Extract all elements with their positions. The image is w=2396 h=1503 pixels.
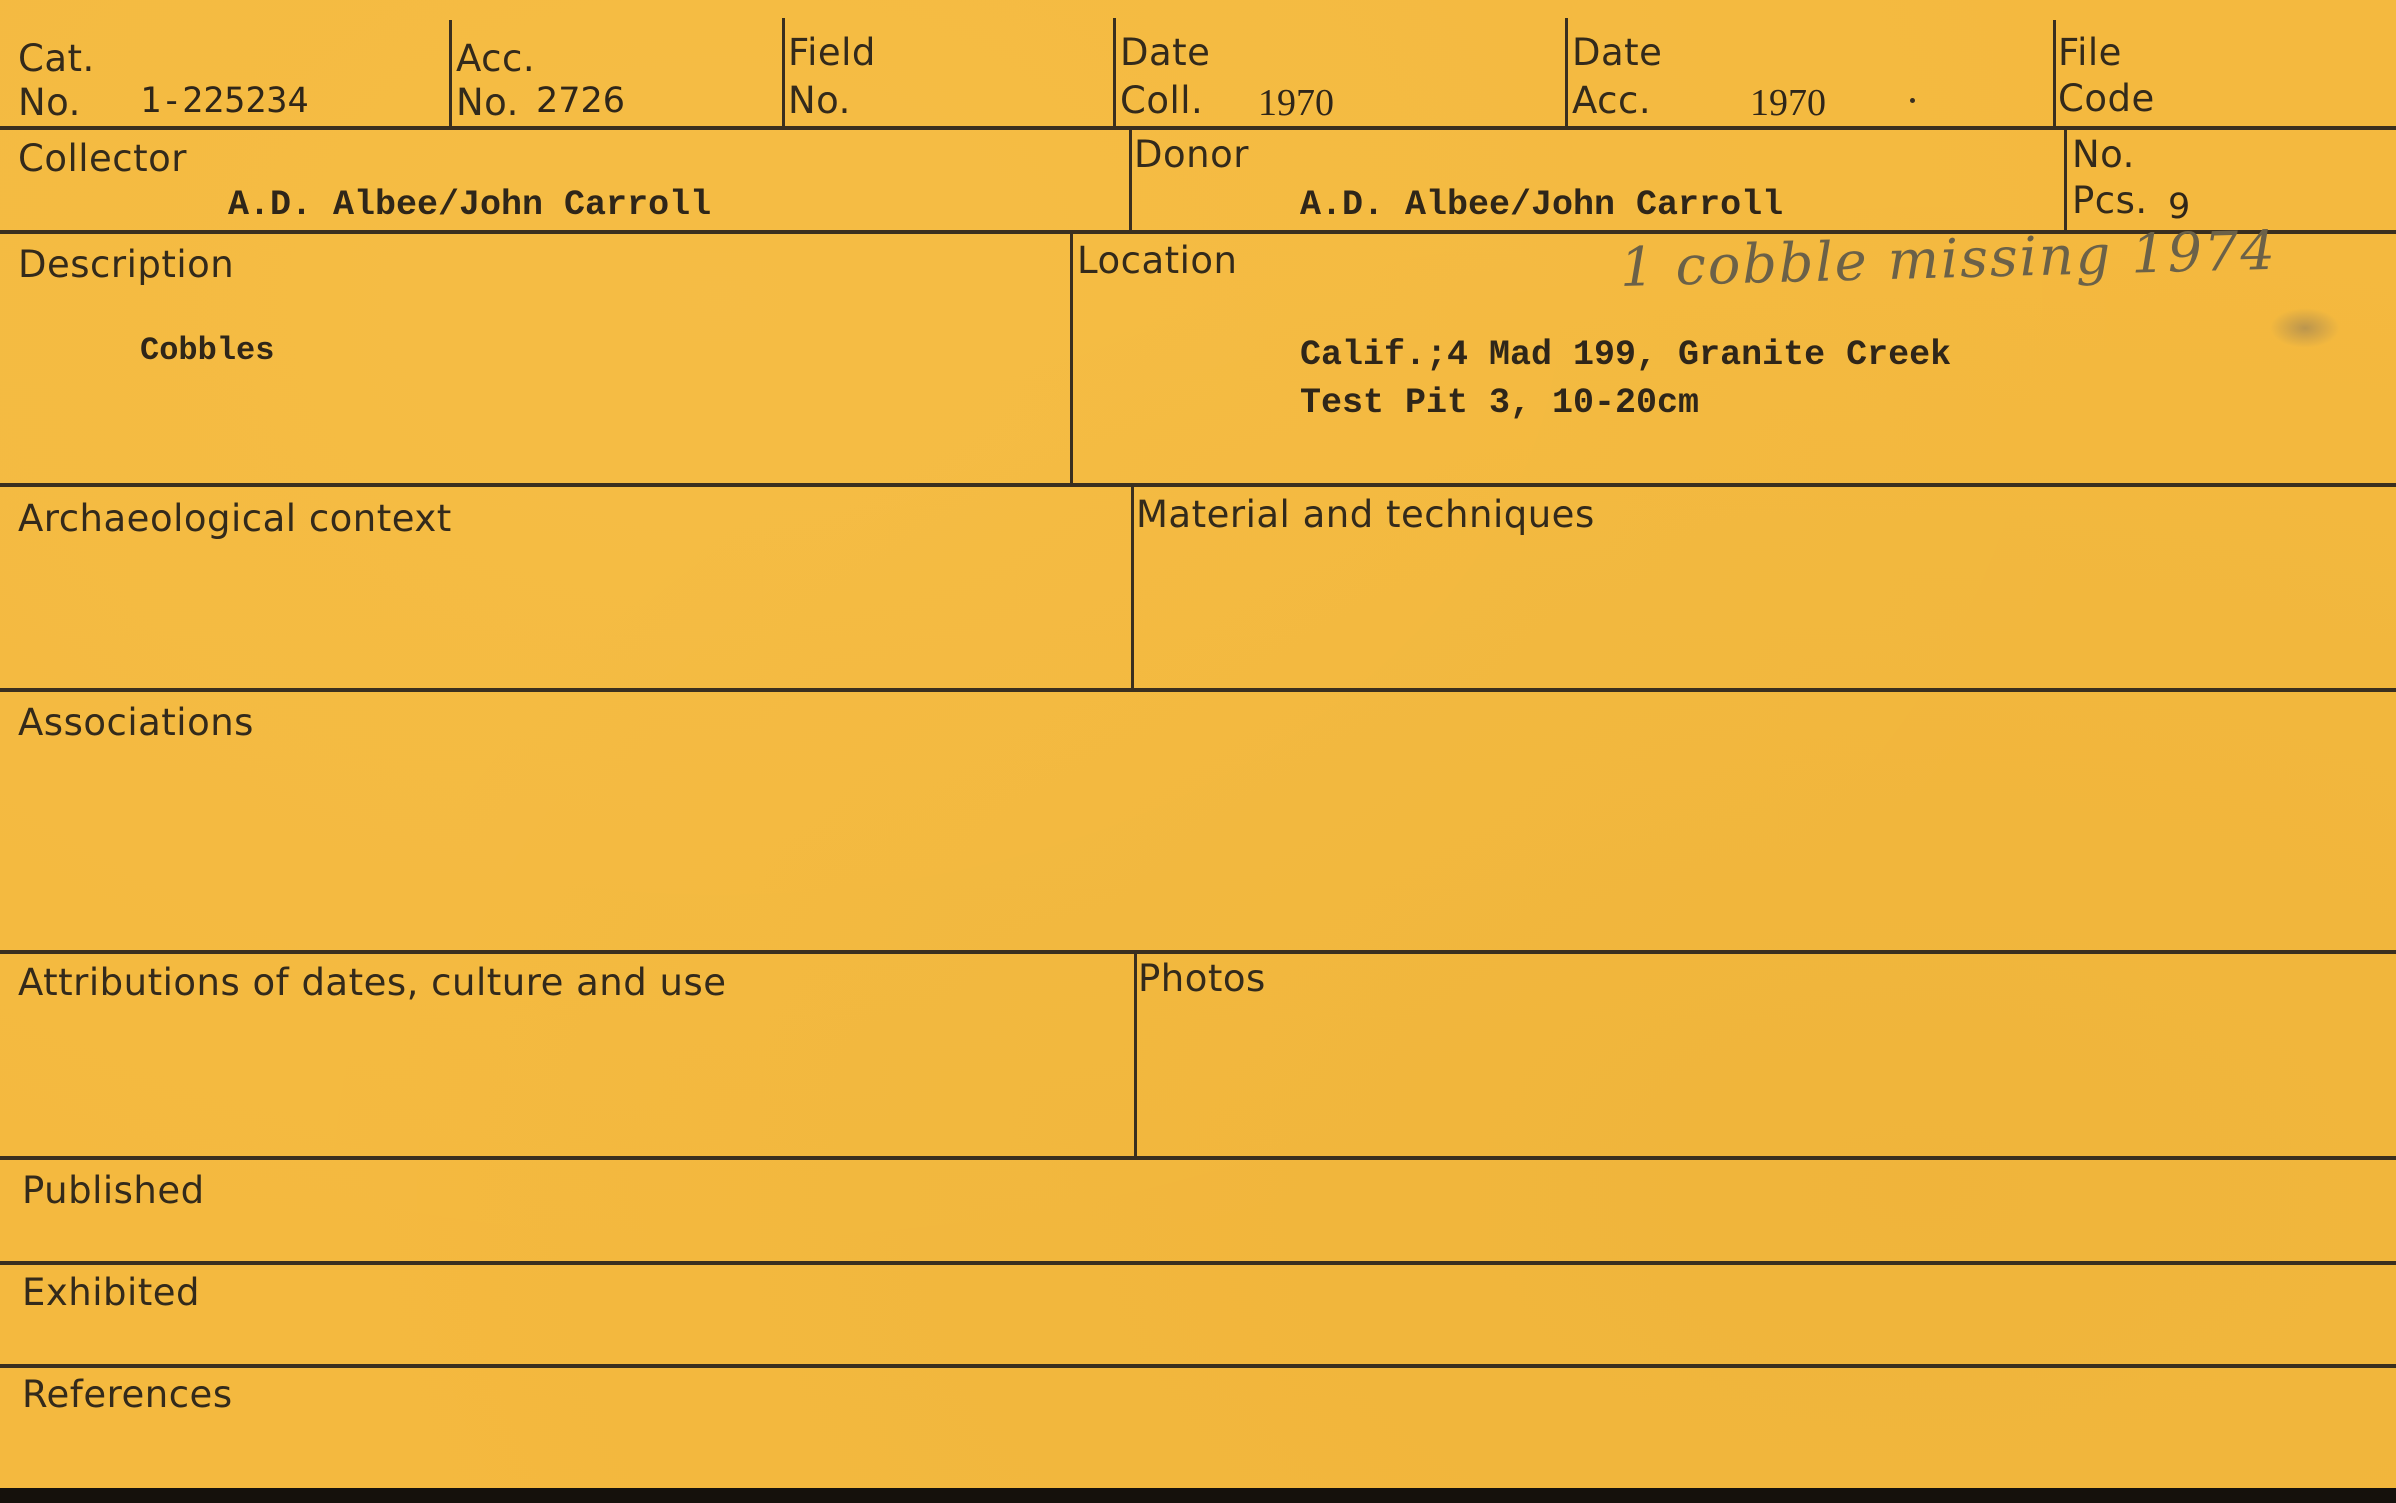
stray-dot	[1910, 98, 1915, 103]
catalog-card: Cat. No. 1-225234 Acc. No. 2726 Field No…	[0, 0, 2396, 1488]
donor-label: Donor	[1134, 132, 1249, 178]
published-label: Published	[22, 1168, 205, 1214]
cat-no-label-line1: Cat.	[18, 36, 95, 82]
field-no-label-line1: Field	[788, 30, 876, 76]
divider-donor-nopcs	[2064, 126, 2067, 232]
description-label: Description	[18, 242, 234, 288]
no-pcs-label-line1: No.	[2072, 132, 2135, 178]
material-techniques-label: Material and techniques	[1136, 492, 1595, 538]
description-value: Cobbles	[140, 328, 274, 374]
associations-label: Associations	[18, 700, 254, 746]
donor-value: A.D. Albee/John Carroll	[1300, 182, 1783, 228]
rule-row7-bottom	[0, 1261, 2396, 1265]
location-value-line1: Calif.;4 Mad 199, Granite Creek	[1300, 332, 1951, 378]
divider-collector-donor	[1129, 128, 1132, 232]
attributions-label: Attributions of dates, culture and use	[18, 960, 727, 1006]
acc-no-label-line2: No.	[456, 80, 519, 126]
cat-no-label-line2: No.	[18, 80, 81, 126]
date-coll-label-line2: Coll.	[1120, 78, 1203, 124]
rule-row5-bottom	[0, 950, 2396, 954]
date-coll-value: 1970	[1258, 80, 1334, 126]
file-code-label-line2: Code	[2058, 76, 2155, 122]
photos-label: Photos	[1138, 956, 1266, 1002]
date-coll-label-line1: Date	[1120, 30, 1210, 76]
collector-value: A.D. Albee/John Carroll	[228, 182, 711, 228]
rule-row3-bottom	[0, 483, 2396, 487]
divider-description-location	[1070, 232, 1073, 486]
ink-smudge	[2270, 308, 2340, 348]
acc-no-label-line1: Acc.	[456, 36, 535, 82]
rule-row8-bottom	[0, 1364, 2396, 1368]
date-acc-label-line1: Date	[1572, 30, 1662, 76]
divider-field-datecoll	[1113, 18, 1116, 130]
exhibited-label: Exhibited	[22, 1270, 200, 1316]
location-label: Location	[1077, 238, 1238, 284]
cat-no-value: 1-225234	[140, 78, 309, 124]
rule-row1-bottom	[0, 126, 2396, 130]
divider-attributions-photos	[1134, 952, 1137, 1157]
file-code-label-line1: File	[2058, 30, 2122, 76]
divider-datecoll-dateacc	[1565, 18, 1568, 130]
acc-no-value: 2726	[536, 78, 625, 124]
date-acc-value: 1970	[1750, 80, 1826, 126]
location-value-line2: Test Pit 3, 10-20cm	[1300, 380, 1699, 426]
divider-context-material	[1131, 485, 1134, 690]
no-pcs-label-line2: Pcs.	[2072, 178, 2148, 224]
references-label: References	[22, 1372, 233, 1418]
collector-label: Collector	[18, 136, 187, 182]
date-acc-label-line2: Acc.	[1572, 78, 1651, 124]
rule-row6-bottom	[0, 1156, 2396, 1160]
field-no-label-line2: No.	[788, 78, 851, 124]
rule-row4-bottom	[0, 688, 2396, 692]
archaeological-context-label: Archaeological context	[18, 496, 452, 542]
divider-acc-field	[782, 18, 785, 130]
divider-dateacc-filecode	[2053, 20, 2056, 130]
divider-cat-acc	[449, 20, 452, 130]
